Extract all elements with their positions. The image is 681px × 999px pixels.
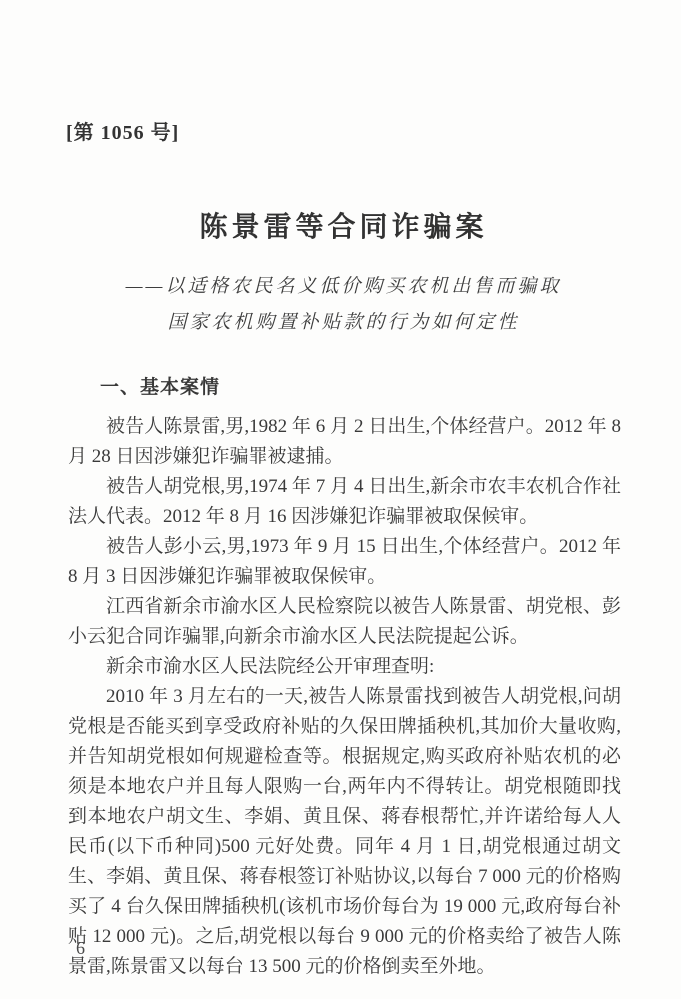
paragraph-defendant-chen: 被告人陈景雷,男,1982 年 6 月 2 日出生,个体经营户。2012 年 8… — [68, 412, 621, 472]
case-body: 被告人陈景雷,男,1982 年 6 月 2 日出生,个体经营户。2012 年 8… — [68, 412, 621, 982]
case-subtitle: ——以适格农民名义低价购买农机出售而骗取 国家农机购置补贴款的行为如何定性 — [68, 269, 619, 341]
case-subtitle-line-1: ——以适格农民名义低价购买农机出售而骗取 — [68, 269, 619, 305]
paragraph-case-facts: 2010 年 3 月左右的一天,被告人陈景雷找到被告人胡党根,问胡党根是否能买到… — [68, 682, 621, 982]
paragraph-prosecution: 江西省新余市渝水区人民检察院以被告人陈景雷、胡党根、彭小云犯合同诈骗罪,向新余市… — [68, 592, 621, 652]
paragraph-defendant-hu: 被告人胡党根,男,1974 年 7 月 4 日出生,新余市农丰农机合作社法人代表… — [68, 472, 621, 532]
section-heading-basic-facts: 一、基本案情 — [100, 372, 220, 399]
case-title: 陈景雷等合同诈骗案 — [68, 205, 619, 245]
title-block: 陈景雷等合同诈骗案 ——以适格农民名义低价购买农机出售而骗取 国家农机购置补贴款… — [68, 205, 619, 341]
paragraph-defendant-peng: 被告人彭小云,男,1973 年 9 月 15 日出生,个体经营户。2012 年 … — [68, 532, 621, 592]
case-number-label: [第 1056 号] — [66, 116, 179, 145]
book-page: [第 1056 号] 陈景雷等合同诈骗案 ——以适格农民名义低价购买农机出售而骗… — [0, 0, 681, 999]
page-number: 6 — [76, 938, 85, 959]
paragraph-court-finding-intro: 新余市渝水区人民法院经公开审理查明: — [68, 652, 621, 682]
case-subtitle-line-2: 国家农机购置补贴款的行为如何定性 — [68, 305, 619, 341]
